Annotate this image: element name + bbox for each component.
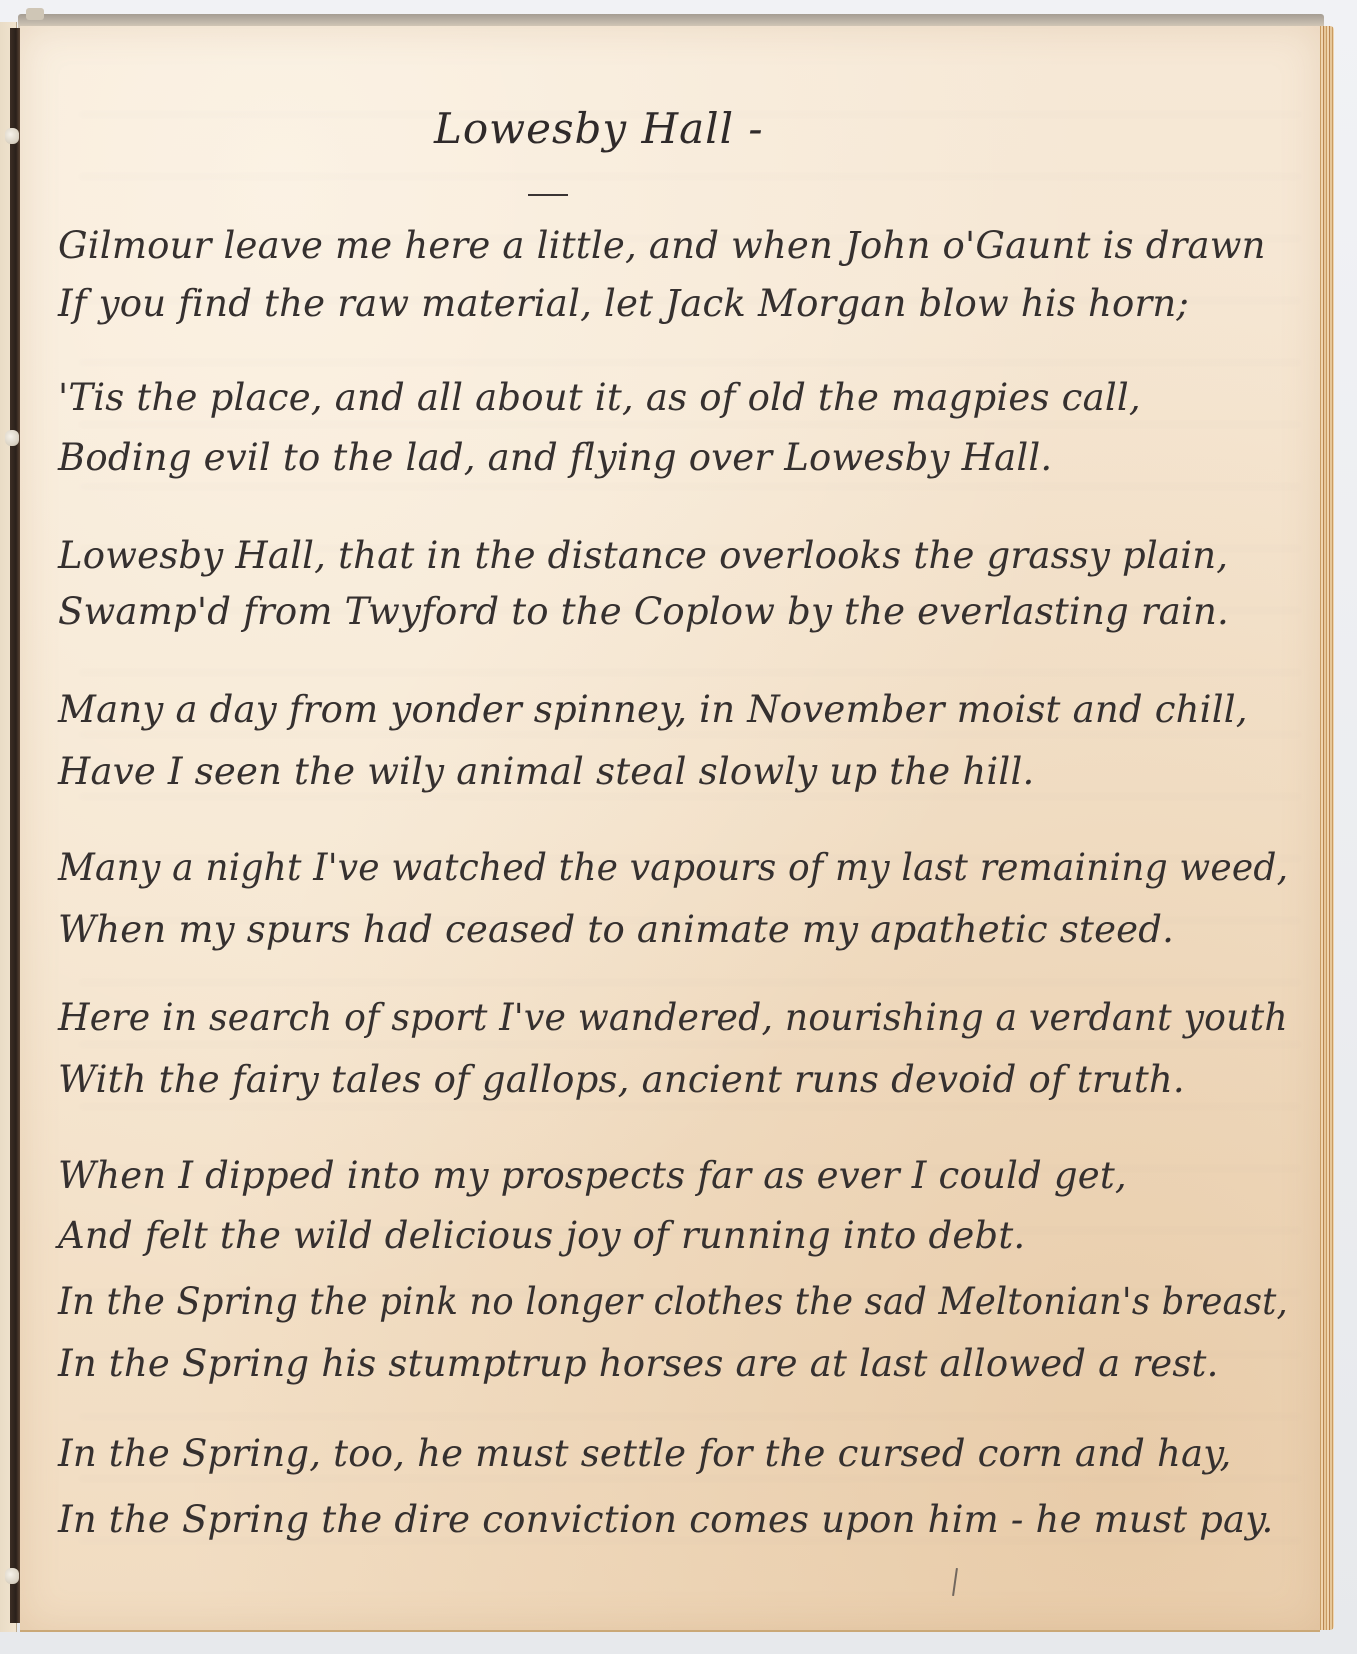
poem-line: In the Spring the dire conviction comes …: [58, 1498, 1273, 1541]
poem-line: With the fairy tales of gallops, ancient…: [58, 1058, 1185, 1101]
cover-corner-tab: [26, 8, 44, 20]
poem-line: Boding evil to the lad, and flying over …: [58, 436, 1052, 479]
book-binding-gutter: [10, 28, 20, 1623]
poem-line: Many a night I've watched the vapours of…: [58, 846, 1288, 889]
poem-line: 'Tis the place, and all about it, as of …: [58, 376, 1141, 419]
page-stack-edge: [1318, 26, 1334, 1630]
poem-line: And felt the wild delicious joy of runni…: [58, 1214, 1025, 1257]
poem-line: Have I seen the wily animal steal slowly…: [58, 750, 1034, 793]
poem-line: In the Spring, too, he must settle for t…: [58, 1432, 1231, 1475]
poem-line: Many a day from yonder spinney, in Novem…: [58, 688, 1248, 731]
poem-title: Lowesby Hall -: [434, 104, 764, 153]
binding-stitch: [5, 128, 19, 144]
poem-line: If you find the raw material, let Jack M…: [58, 282, 1189, 325]
poem-line: Here in search of sport I've wandered, n…: [58, 996, 1288, 1039]
poem-line: In the Spring the pink no longer clothes…: [58, 1280, 1288, 1323]
poem-line: Gilmour leave me here a little, and when…: [58, 224, 1266, 267]
manuscript-page: Lowesby Hall - Gilmour leave me here a l…: [20, 26, 1320, 1632]
poem-line: Swamp'd from Twyford to the Coplow by th…: [58, 590, 1229, 633]
poem-line: Lowesby Hall, that in the distance overl…: [58, 534, 1228, 577]
binding-stitch: [5, 430, 19, 446]
binding-stitch: [5, 1568, 19, 1584]
poem-line: When I dipped into my prospects far as e…: [58, 1154, 1127, 1197]
poem-line: When my spurs had ceased to animate my a…: [58, 908, 1174, 951]
title-underline: [528, 194, 568, 196]
poem-line: In the Spring his stumptrup horses are a…: [58, 1342, 1219, 1385]
